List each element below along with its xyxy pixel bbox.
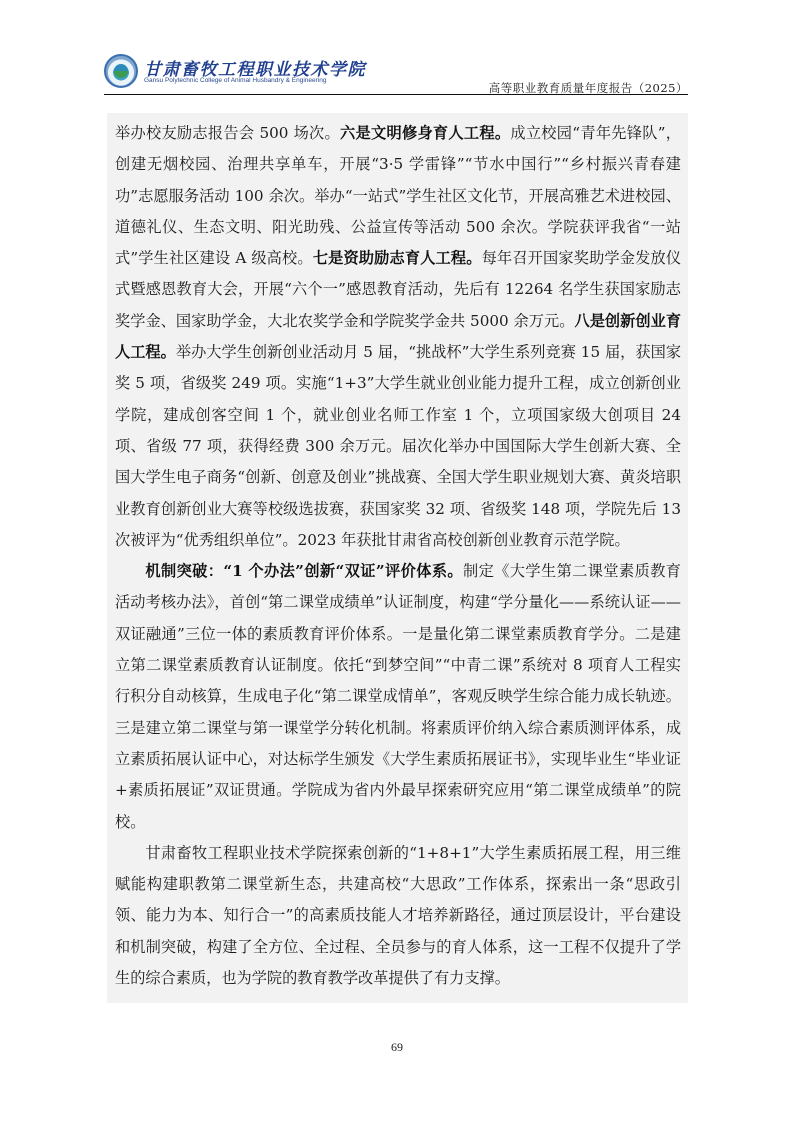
page-number: 69	[0, 1040, 794, 1055]
text-segment: 举办大学生创新创业活动月 5 届，“挑战杯”大学生系列竞赛 15 届，获国家奖 …	[115, 343, 681, 549]
page-header: 甘肃畜牧工程职业技术学院 Gansu Polytechnic College o…	[104, 52, 688, 96]
text-segment: 甘肃畜牧工程职业技术学院探索创新的“1+8+1”大学生素质拓展工程，用三维赋能构…	[115, 844, 681, 987]
bold-heading-six: 六是文明修身育人工程。	[340, 124, 510, 142]
college-name-en: Gansu Polytechnic College of Animal Husb…	[144, 77, 326, 84]
header-divider	[104, 94, 688, 95]
text-segment: 成立校园“青年先锋队”，创建无烟校园、治理共享单车，开展“3·5 学雷锋”“节水…	[115, 124, 681, 267]
paragraph: 甘肃畜牧工程职业技术学院探索创新的“1+8+1”大学生素质拓展工程，用三维赋能构…	[115, 838, 681, 994]
text-segment: 举办校友励志报告会 500 场次。	[115, 124, 340, 142]
paragraph: 机制突破：“1 个办法”创新“双证”评价体系。制定《大学生第二课堂素质教育活动考…	[115, 556, 681, 838]
body-text: 举办校友励志报告会 500 场次。六是文明修身育人工程。成立校园“青年先锋队”，…	[115, 118, 681, 994]
bold-heading-seven: 七是资助励志育人工程。	[313, 249, 482, 267]
bold-heading-mechanism: 机制突破：“1 个办法”创新“双证”评价体系。	[145, 562, 463, 580]
paragraph: 举办校友励志报告会 500 场次。六是文明修身育人工程。成立校园“青年先锋队”，…	[115, 118, 681, 556]
college-emblem-icon	[104, 54, 138, 88]
text-segment: 制定《大学生第二课堂素质教育活动考核办法》，首创“第二课堂成绩单”认证制度，构建…	[115, 562, 681, 830]
